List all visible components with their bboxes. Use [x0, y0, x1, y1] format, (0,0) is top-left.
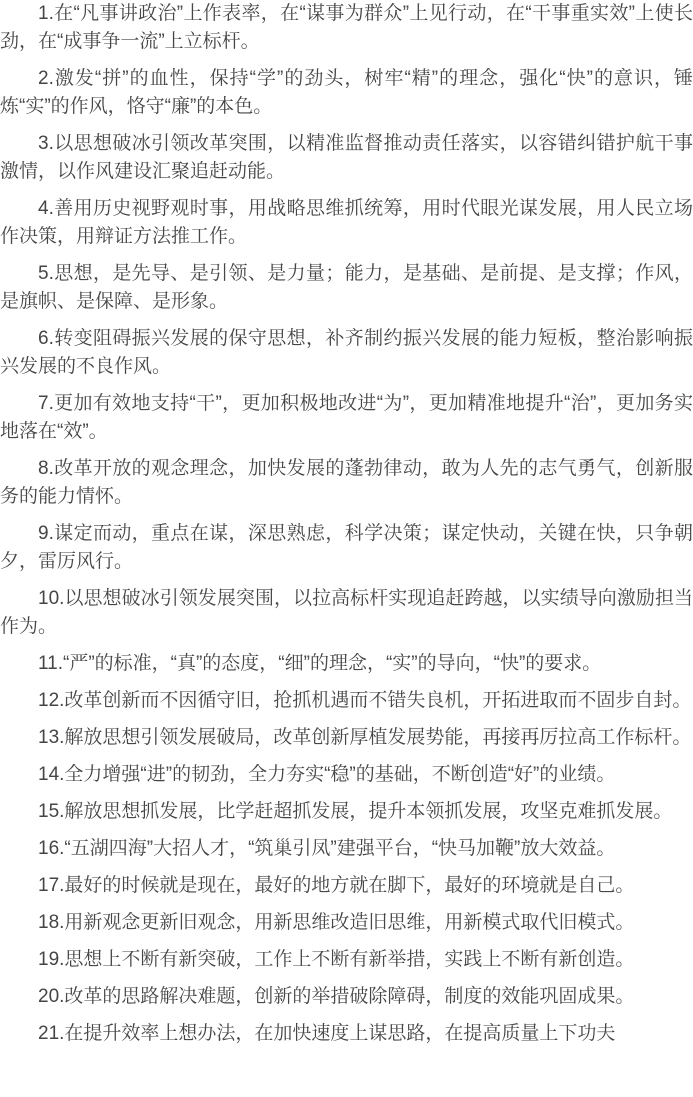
- list-item: 6.转变阻碍振兴发展的保守思想，补齐制约振兴发展的能力短板，整治影响振兴发展的不…: [0, 325, 693, 381]
- list-item: 12.改革创新而不因循守旧，抢抓机遇而不错失良机，开拓进取而不固步自封。: [0, 687, 693, 715]
- list-item: 14.全力增强“进”的韧劲，全力夯实“稳”的基础，不断创造“好”的业绩。: [0, 761, 693, 789]
- list-item: 1.在“凡事讲政治”上作表率，在“谋事为群众”上见行动，在“干事重实效”上使长劲…: [0, 0, 693, 56]
- list-item: 5.思想，是先导、是引领、是力量；能力，是基础、是前提、是支撑；作风，是旗帜、是…: [0, 260, 693, 316]
- list-item: 11.“严”的标准，“真”的态度，“细”的理念，“实”的导向，“快”的要求。: [0, 650, 693, 678]
- list-item: 18.用新观念更新旧观念，用新思维改造旧思维，用新模式取代旧模式。: [0, 909, 693, 937]
- list-item: 8.改革开放的观念理念，加快发展的蓬勃律动，敢为人先的志气勇气，创新服务的能力情…: [0, 455, 693, 511]
- list-item: 21.在提升效率上想办法，在加快速度上谋思路，在提高质量上下功夫: [0, 1020, 693, 1048]
- article-body: 1.在“凡事讲政治”上作表率，在“谋事为群众”上见行动，在“干事重实效”上使长劲…: [0, 0, 693, 1097]
- list-item: 13.解放思想引领发展破局，改革创新厚植发展势能，再接再厉拉高工作标杆。: [0, 724, 693, 752]
- list-item: 16.“五湖四海”大招人才，“筑巢引凤”建强平台，“快马加鞭”放大效益。: [0, 835, 693, 863]
- list-item: 2.激发“拼”的血性，保持“学”的劲头，树牢“精”的理念，强化“快”的意识，锤炼…: [0, 65, 693, 121]
- list-item: 4.善用历史视野观时事，用战略思维抓统筹，用时代眼光谋发展，用人民立场作决策，用…: [0, 195, 693, 251]
- list-item: 9.谋定而动，重点在谋，深思熟虑，科学决策；谋定快动，关键在快，只争朝夕，雷厉风…: [0, 520, 693, 576]
- list-item: 20.改革的思路解决难题，创新的举措破除障碍，制度的效能巩固成果。: [0, 983, 693, 1011]
- list-item: 17.最好的时候就是现在，最好的地方就在脚下，最好的环境就是自己。: [0, 872, 693, 900]
- list-item: 10.以思想破冰引领发展突围，以拉高标杆实现追赶跨越，以实绩导向激励担当作为。: [0, 585, 693, 641]
- list-item: 3.以思想破冰引领改革突围，以精准监督推动责任落实，以容错纠错护航干事激情，以作…: [0, 130, 693, 186]
- list-item: 19.思想上不断有新突破，工作上不断有新举措，实践上不断有新创造。: [0, 946, 693, 974]
- list-item: 7.更加有效地支持“干”，更加积极地改进“为”，更加精准地提升“治”，更加务实地…: [0, 390, 693, 446]
- list-item: 15.解放思想抓发展，比学赶超抓发展，提升本领抓发展，攻坚克难抓发展。: [0, 798, 693, 826]
